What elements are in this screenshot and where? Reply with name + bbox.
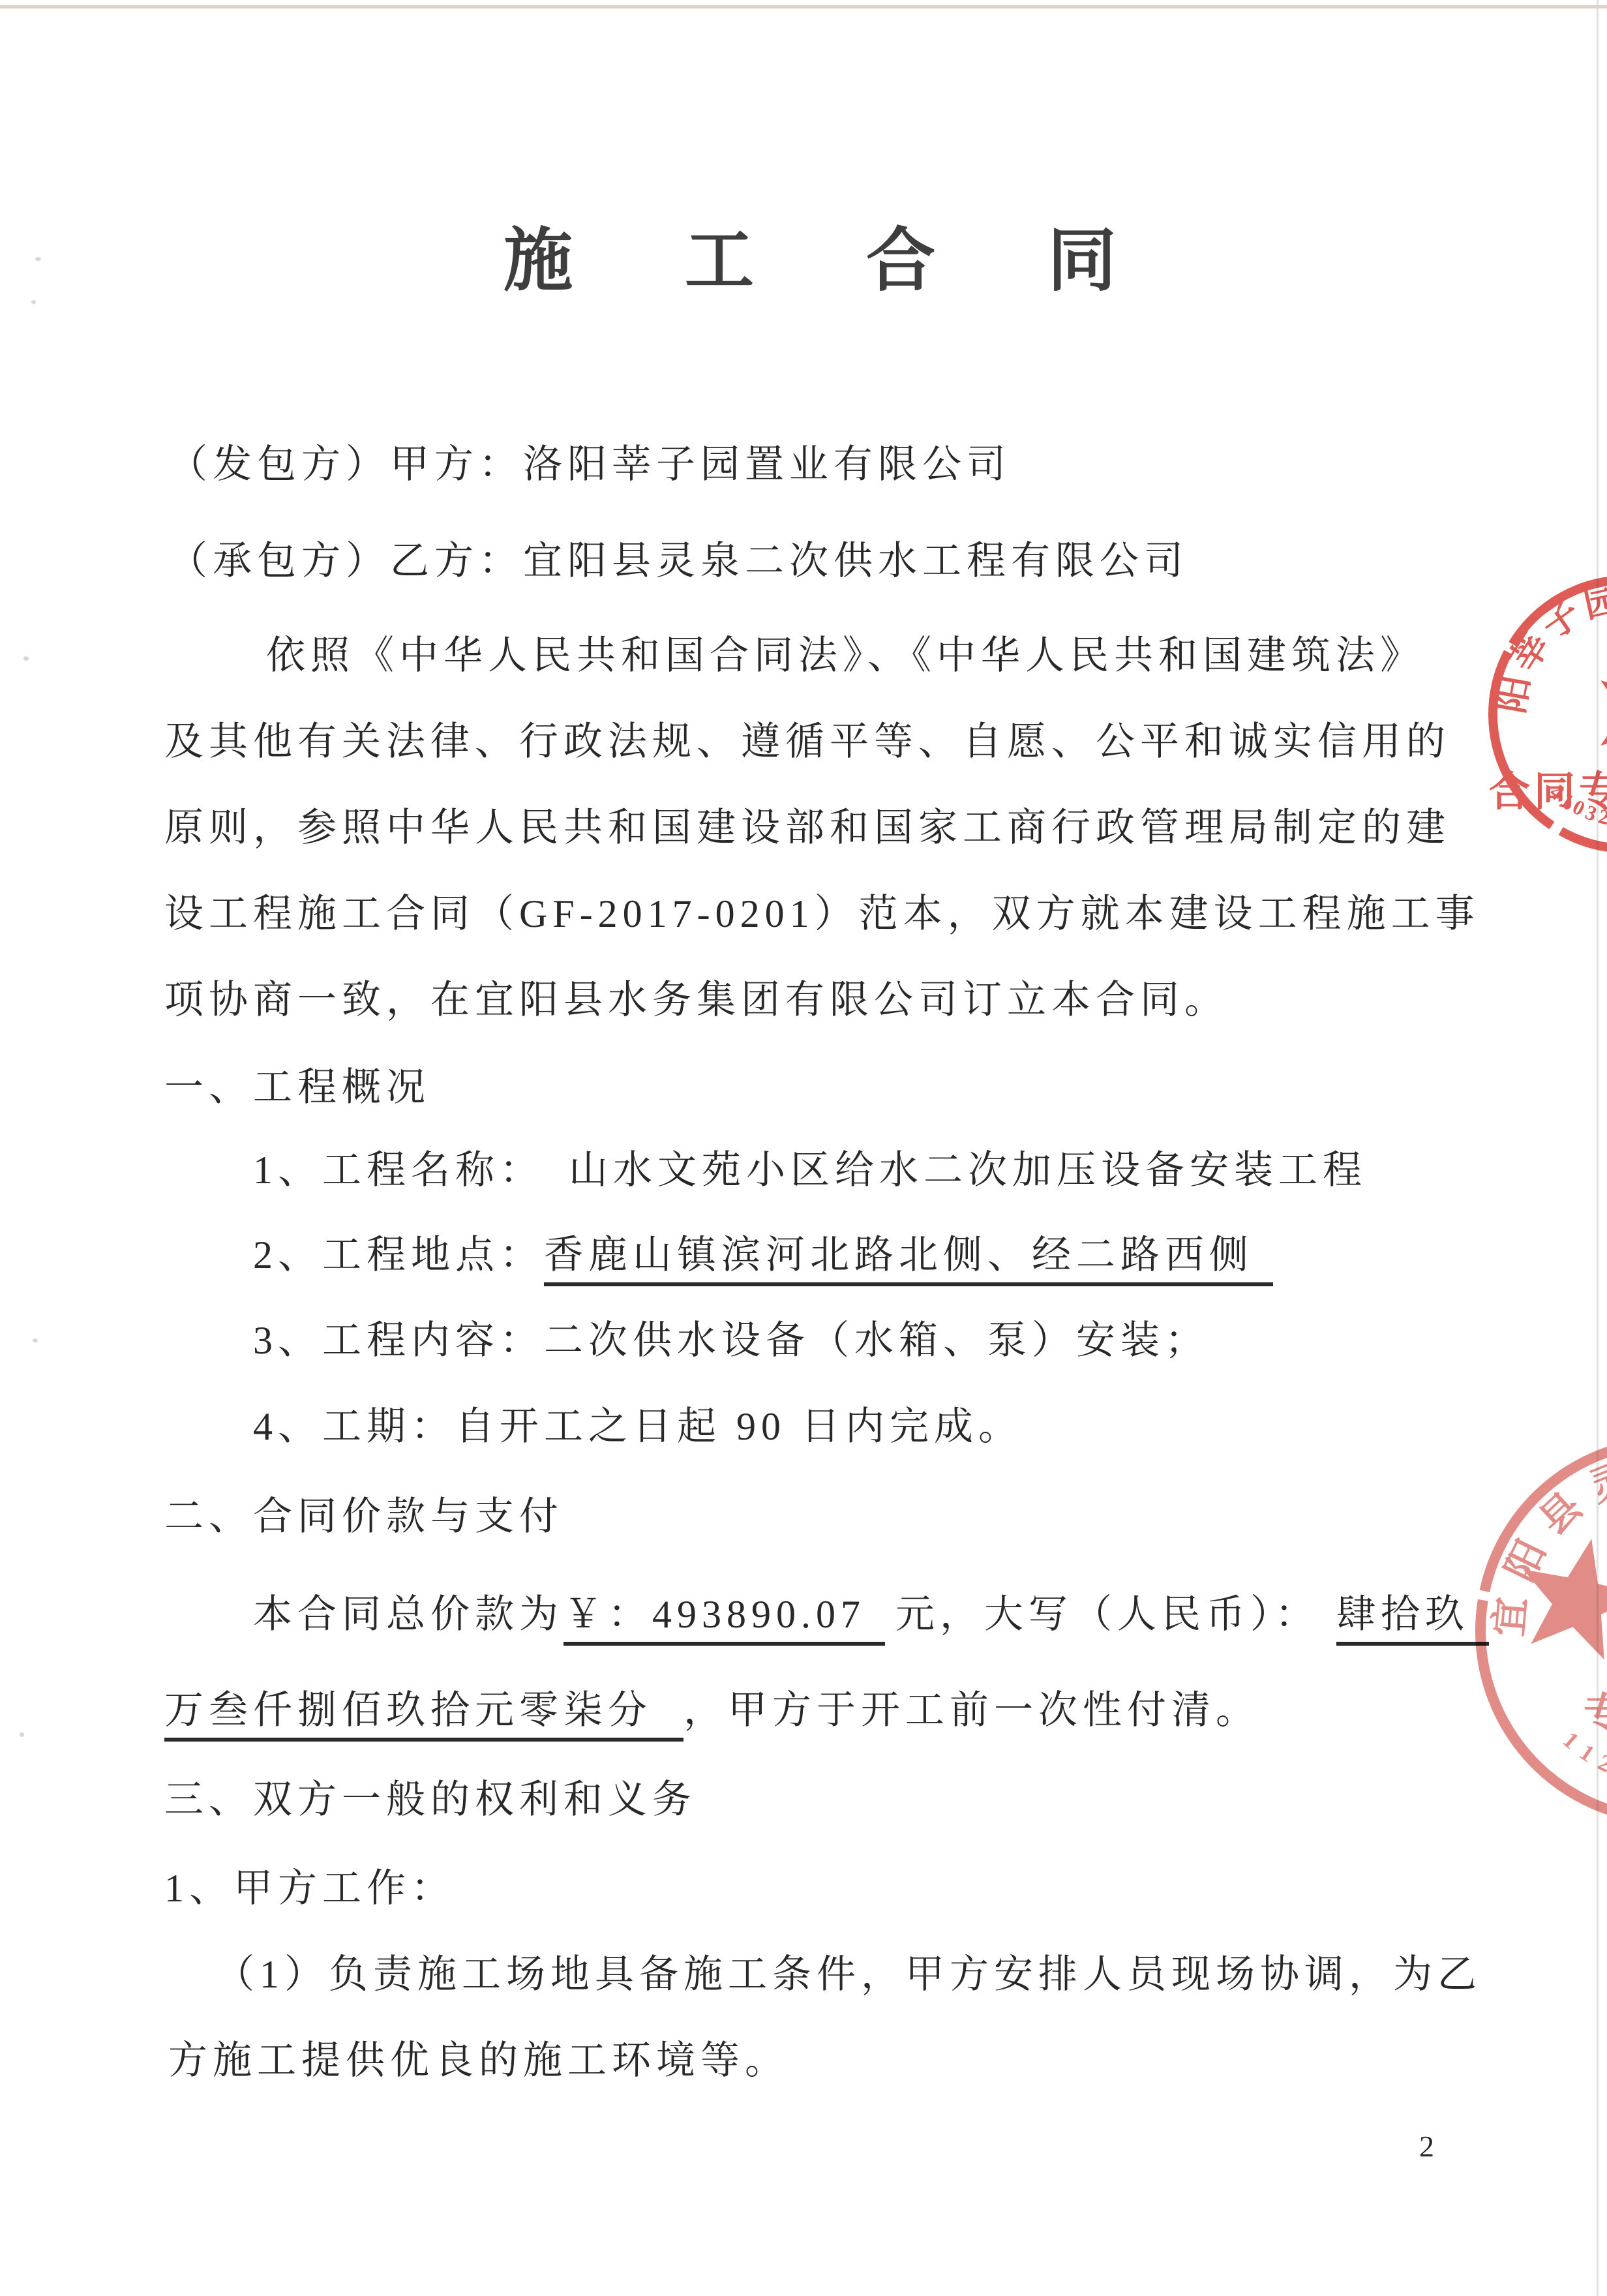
svg-text:2: 2	[1594, 1749, 1607, 1777]
contract-page: 施工合同 （发包方）甲方：洛阳莘子园置业有限公司 （承包方）乙方：宜阳县灵泉二次…	[0, 0, 1607, 2296]
project-name-line: 1、工程名称： 山水文苑小区给水二次加压设备安装工程	[253, 1146, 1367, 1195]
price-amount-words-end: 万叁仟捌佰玖拾元零柒分	[164, 1689, 683, 1742]
page-number: 2	[1419, 2129, 1434, 2164]
price-mid-text: 元，大写（人民币）：	[895, 1593, 1319, 1636]
project-location-line: 2、工程地点：香鹿山镇滨河北路北侧、经二路西侧	[253, 1231, 1273, 1280]
svg-text:阳: 阳	[1490, 672, 1537, 716]
svg-text:宜: 宜	[1487, 1595, 1533, 1639]
payment-terms-text: ，甲方于开工前一次性付清。	[683, 1689, 1260, 1732]
clause-1-line-2: 方施工提供优良的施工环境等。	[168, 2036, 789, 2085]
svg-text:1: 1	[1558, 1727, 1584, 1754]
scan-edge-right	[1597, 0, 1599, 2296]
project-content-line: 3、工程内容：二次供水设备（水箱、泵）安装；	[253, 1316, 1209, 1365]
scan-speck	[33, 1338, 38, 1342]
svg-text:园: 园	[1580, 578, 1607, 626]
price-amount-words-start: 肆拾玖	[1336, 1593, 1489, 1646]
preamble-line-1: 依照《中华人民共和国合同法》、《中华人民共和国建筑法》	[266, 631, 1424, 680]
party-a-duties-heading: 1、甲方工作：	[164, 1864, 455, 1913]
project-location-label: 2、工程地点：	[253, 1233, 544, 1276]
document-title: 施工合同	[503, 227, 1229, 296]
svg-text:1: 1	[1575, 1739, 1599, 1767]
scan-edge-top	[0, 5, 1607, 8]
price-prefix: 本合同总价款为	[253, 1593, 563, 1636]
section-2-heading: 二、合同价款与支付	[164, 1492, 563, 1541]
preamble-line-4: 设工程施工合同（GF-2017-0201）范本，双方就本建设工程施工事	[164, 890, 1480, 939]
contract-price-line: 本合同总价款为￥：493890.07元，大写（人民币）：肆拾玖	[253, 1590, 1489, 1639]
scan-speck	[20, 1732, 24, 1737]
section-1-heading: 一、工程概况	[164, 1063, 430, 1112]
star-icon	[1582, 644, 1607, 772]
preamble-line-2: 及其他有关法律、行政法规、遵循平等、自愿、公平和诚实信用的	[164, 717, 1450, 766]
scan-speck	[31, 300, 36, 304]
price-amount-numeric: ￥：493890.07	[563, 1593, 885, 1646]
project-location-value: 香鹿山镇滨河北路北侧、经二路西侧	[544, 1233, 1273, 1286]
preamble-line-5: 项协商一致，在宜阳县水务集团有限公司订立本合同。	[164, 976, 1229, 1025]
seal-center-text-partial: 专	[1584, 1691, 1607, 1738]
contract-price-line-2: 万叁仟捌佰玖拾元零柒分，甲方于开工前一次性付清。	[164, 1686, 1260, 1735]
seal-arc-text: 阳莘子园	[1490, 578, 1607, 716]
party-a-seal-stamp: 阳莘子园 合同专 41032700	[1458, 545, 1607, 884]
scan-speck	[23, 656, 29, 661]
scan-speck	[35, 257, 41, 261]
project-duration-line: 4、工期：自开工之日起 90 日内完成。	[253, 1402, 1023, 1451]
section-3-heading: 三、双方一般的权利和义务	[164, 1775, 697, 1824]
clause-1-line-1: （1）负责施工场地具备施工条件，甲方安排人员现场协调，为乙	[215, 1950, 1482, 1999]
party-a-line: （发包方）甲方：洛阳莘子园置业有限公司	[168, 440, 1011, 489]
preamble-line-3: 原则，参照中华人民共和国建设部和国家工商行政管理局制定的建	[164, 804, 1450, 853]
party-b-line: （承包方）乙方：宜阳县灵泉二次供水工程有限公司	[168, 537, 1188, 586]
party-b-seal-stamp: 宜阳县灵泉 专 11210	[1474, 1435, 1607, 1826]
